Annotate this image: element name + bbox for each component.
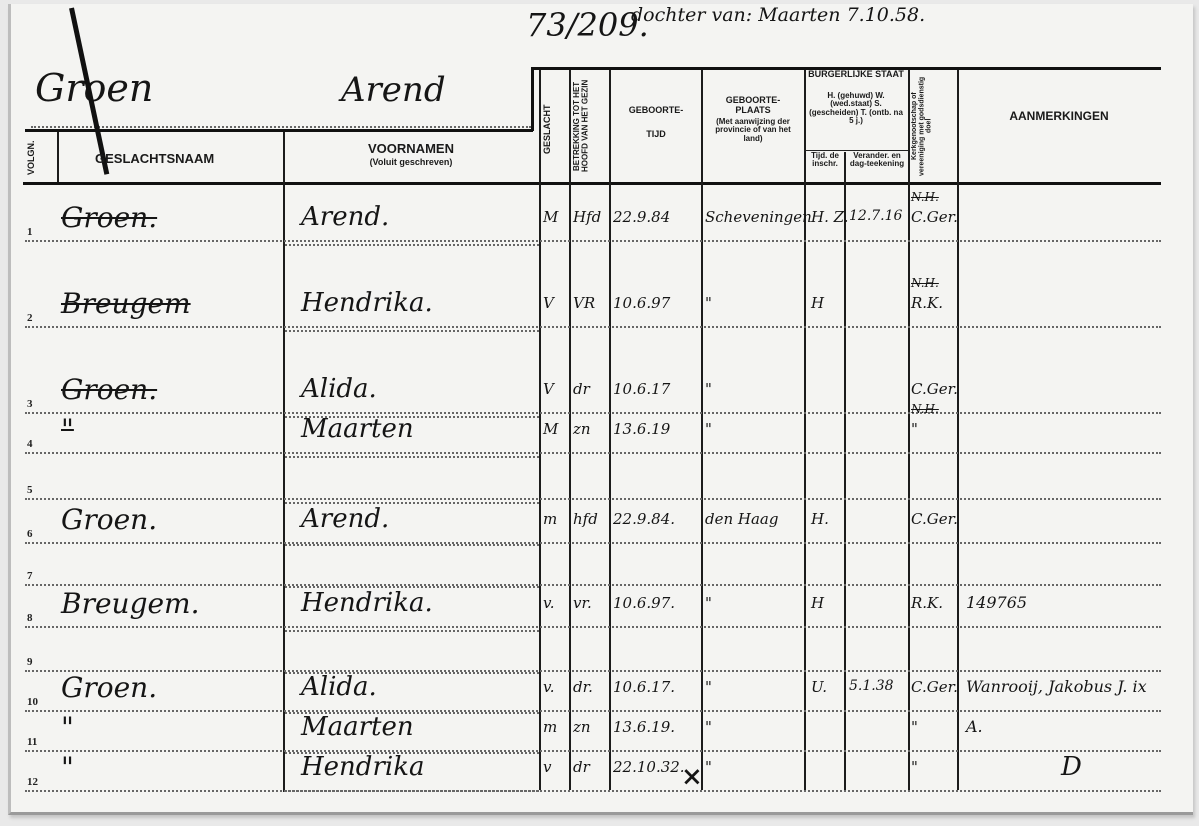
cell-sex: m [543,718,557,736]
cell-church: C.Ger. [911,208,958,226]
col-divider [283,132,285,792]
cell-church: C.Ger. [911,510,958,528]
cell-church-struck: N.H. [911,190,939,204]
cell-sex: v [543,758,551,776]
cell-remarks: 149765 [966,593,1027,612]
row-number: 10 [27,696,38,708]
cell-church: " [911,420,918,438]
cell-surname: " [61,711,74,744]
row-number: 9 [27,656,33,668]
cell-birthplace: " [705,380,712,398]
registration-card: 73/209. dochter van: Maarten 7.10.58. Gr… [8,4,1193,815]
firstname-subline [285,544,539,546]
cell-firstname: Alida. [301,672,377,702]
firstname-subline [285,672,539,674]
cell-church: R.K. [911,294,943,312]
cell-surname: Breugem [61,287,191,320]
cell-civil-tijd: H [811,294,824,312]
cross-mark: × [681,762,703,792]
cell-relation: dr. [573,678,593,696]
row-dotted-line [25,670,1161,672]
firstname-subline [285,416,539,418]
firstname-subline [285,712,539,714]
cell-surname: Groen. [61,373,157,406]
cell-civil-change: 5.1.38 [849,678,894,694]
cell-birthplace: " [705,758,712,776]
cell-firstname: Alida. [301,374,377,404]
cell-surname: Breugem. [61,587,200,620]
cell-sex: v. [543,594,554,612]
cell-civil-tijd: H. Z. [811,208,849,226]
firstname-subline [285,456,539,458]
cell-birthdate: 10.6.17 [613,380,670,398]
cell-birthdate: 22.9.84. [613,510,675,528]
row-number: 1 [27,226,33,238]
cell-church: R.K. [911,594,943,612]
header-burgerlijke-staat: BURGERLIJKE STAAT [806,70,906,79]
row-number: 6 [27,528,33,540]
col-divider [539,70,541,790]
row-number: 7 [27,570,33,582]
header-voornamen: VOORNAMEN [341,142,481,156]
cell-birthplace: Scheveningen [705,208,812,226]
header-geboorteplaats-2: PLAATS [703,106,803,115]
header-left-top-line [25,129,533,132]
cell-birthdate: 10.6.17. [613,678,675,696]
cell-church: C.Ger. [911,678,958,696]
row-dotted-line [25,710,1161,712]
row-dotted-line [25,790,1161,792]
col-divider [804,70,806,790]
row-dotted-line [25,498,1161,500]
cell-birthplace: " [705,420,712,438]
firstname-subline [285,586,539,588]
cell-surname: " [61,751,74,784]
row-dotted-line [25,626,1161,628]
header-aanmerkingen: AANMERKINGEN [959,110,1159,123]
head-firstname: Arend [341,70,446,110]
header-geslachtsnaam: GESLACHTSNAAM [95,152,214,166]
header-geboorteplaats-sub: (Met aanwijzing der provincie of van het… [705,118,801,143]
cell-church-struck: N.H. [911,402,939,416]
cell-firstname: Hendrika [301,752,424,782]
cell-civil-tijd: H. [811,510,829,528]
cell-surname: Groen. [61,201,157,234]
header-voornamen-sub: (Voluit geschreven) [341,158,481,167]
cell-birthdate: 22.10.32. [613,758,685,776]
cell-relation: dr [573,380,590,398]
firstname-subline [285,330,539,332]
cell-civil-tijd: U. [811,678,827,696]
cell-birthplace: " [705,718,712,736]
cell-firstname: Maarten [301,712,414,742]
cell-birthdate: 10.6.97 [613,294,670,312]
firstname-subline [285,790,539,792]
cell-birthdate: 10.6.97. [613,594,675,612]
cell-sex: V [543,294,554,312]
row-dotted-line [25,326,1161,328]
cell-relation: vr. [573,594,592,612]
row-number: 12 [27,776,38,788]
firstname-subline [285,502,539,504]
cell-birthdate: 22.9.84 [613,208,670,226]
cell-sex: m [543,510,557,528]
header-geboortetijd-1: GEBOORTE- [611,106,701,115]
col-divider [844,152,846,790]
cell-church-struck: N.H. [911,276,939,290]
cell-surname: Groen. [61,671,157,704]
header-burgerlijke-legend: H. (gehuwd) W. (wed.staat) S. (gescheide… [808,92,904,126]
row-dotted-line [25,412,1161,414]
header-verander: Verander. en dag-teekening [846,152,908,169]
cell-church: " [911,758,918,776]
top-note: dochter van: Maarten 7.10.58. [631,4,925,26]
col-divider [609,70,611,790]
cell-civil-change: 12.7.16 [849,208,902,224]
cell-relation: Hfd [573,208,601,226]
row-dotted-line [25,750,1161,752]
header-step-line [531,67,534,131]
initials-mark: D [1061,752,1082,782]
cell-sex: v. [543,678,554,696]
cell-birthplace: " [705,594,712,612]
cell-relation: VR [573,294,595,312]
cell-church: " [911,718,918,736]
cell-firstname: Arend. [301,504,389,534]
row-number: 3 [27,398,33,410]
cell-church: C.Ger. [911,380,958,398]
cell-birthdate: 13.6.19 [613,420,670,438]
row-number: 8 [27,612,33,624]
head-dotted-line [31,126,531,128]
cell-firstname: Hendrika. [301,288,433,318]
cell-relation: zn [573,718,591,736]
cell-firstname: Arend. [301,202,389,232]
firstname-subline [285,244,539,246]
cell-sex: V [543,380,554,398]
cell-firstname: Hendrika. [301,588,433,618]
cell-civil-tijd: H [811,594,824,612]
header-kerkgenootschap: Kerkgenootschap of vereeniging met godsd… [911,72,955,180]
cell-birthplace: " [705,294,712,312]
row-dotted-line [25,240,1161,242]
cell-relation: zn [573,420,591,438]
col-divider [57,132,59,182]
header-betrekking: BETREKKING TOT HET HOOFD VAN HET GEZIN [573,74,605,178]
row-number: 4 [27,438,33,450]
cell-surname: Groen. [61,503,157,536]
row-dotted-line [25,542,1161,544]
cell-relation: hfd [573,510,598,528]
cell-relation: dr [573,758,590,776]
row-number: 11 [27,736,37,748]
row-number: 2 [27,312,33,324]
cell-birthplace: " [705,678,712,696]
cell-birthdate: 13.6.19. [613,718,675,736]
cell-sex: M [543,420,558,438]
col-divider [908,70,910,790]
header-geboortetijd-2: TIJD [611,130,701,139]
cell-firstname: Maarten [301,414,414,444]
header-tijd-inschr: Tijd. de inschr. [806,152,844,169]
cell-remarks: Wanrooij, Jakobus J. ix [966,677,1147,696]
cell-remarks: A. [966,717,983,736]
col-divider [701,70,703,790]
cell-birthplace: den Haag [705,510,778,528]
cell-surname: " [61,413,74,446]
row-number: 5 [27,484,33,496]
cell-sex: M [543,208,558,226]
header-volgnummer: VOLGN. [27,138,36,178]
header-bottom-line [23,182,1161,185]
col-divider [569,70,571,790]
header-geslacht: GESLACHT [543,84,552,174]
row-dotted-line [25,452,1161,454]
firstname-subline [285,752,539,754]
firstname-subline [285,630,539,632]
